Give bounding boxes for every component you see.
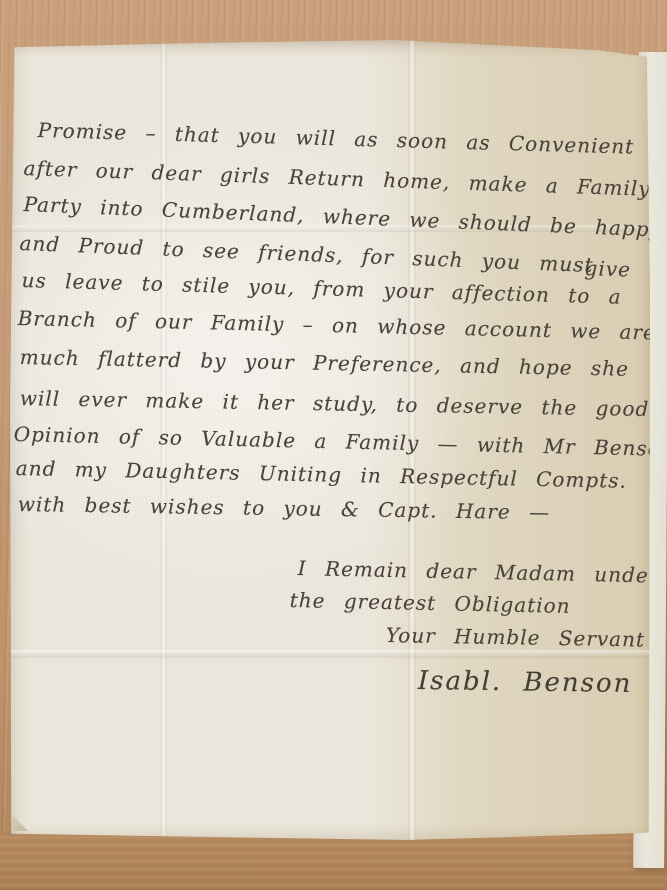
letter-line: give xyxy=(584,258,631,280)
letter-page: Promise – that you will as soon as Conve… xyxy=(10,40,650,840)
letter-line: Promise – that you will as soon as Conve… xyxy=(37,120,634,157)
wood-table-surface xyxy=(0,833,667,890)
letter-line: Party into Cumberland, where we should b… xyxy=(23,194,662,240)
letter-line: much flatterd by your Preference, and ho… xyxy=(20,347,630,379)
letter-line: Opinion of so Valuable a Family — with M… xyxy=(14,424,667,459)
signature: Isabl. Benson xyxy=(418,668,633,697)
photo-scene: Promise – that you will as soon as Conve… xyxy=(0,0,667,890)
letter-line: and my Daughters Uniting in Respectful C… xyxy=(16,458,628,491)
letter-line: will ever make it her study, to deserve … xyxy=(20,388,650,419)
letter-line: after our dear girls Return home, make a… xyxy=(23,158,651,199)
letter-line: and Proud to see friends, for such you m… xyxy=(19,233,594,275)
handwritten-text: Promise – that you will as soon as Conve… xyxy=(10,40,650,840)
letter-line: Branch of our Family – on whose account … xyxy=(18,308,657,342)
closing-line: I Remain dear Madam under xyxy=(298,558,660,586)
letter-line: us leave to stile you, from your affecti… xyxy=(21,270,621,307)
closing-line: the greatest Obligation xyxy=(290,590,571,616)
letter-line: with best wishes to you & Capt. Hare — xyxy=(18,494,551,522)
closing-line: Your Humble Servant xyxy=(386,625,646,650)
